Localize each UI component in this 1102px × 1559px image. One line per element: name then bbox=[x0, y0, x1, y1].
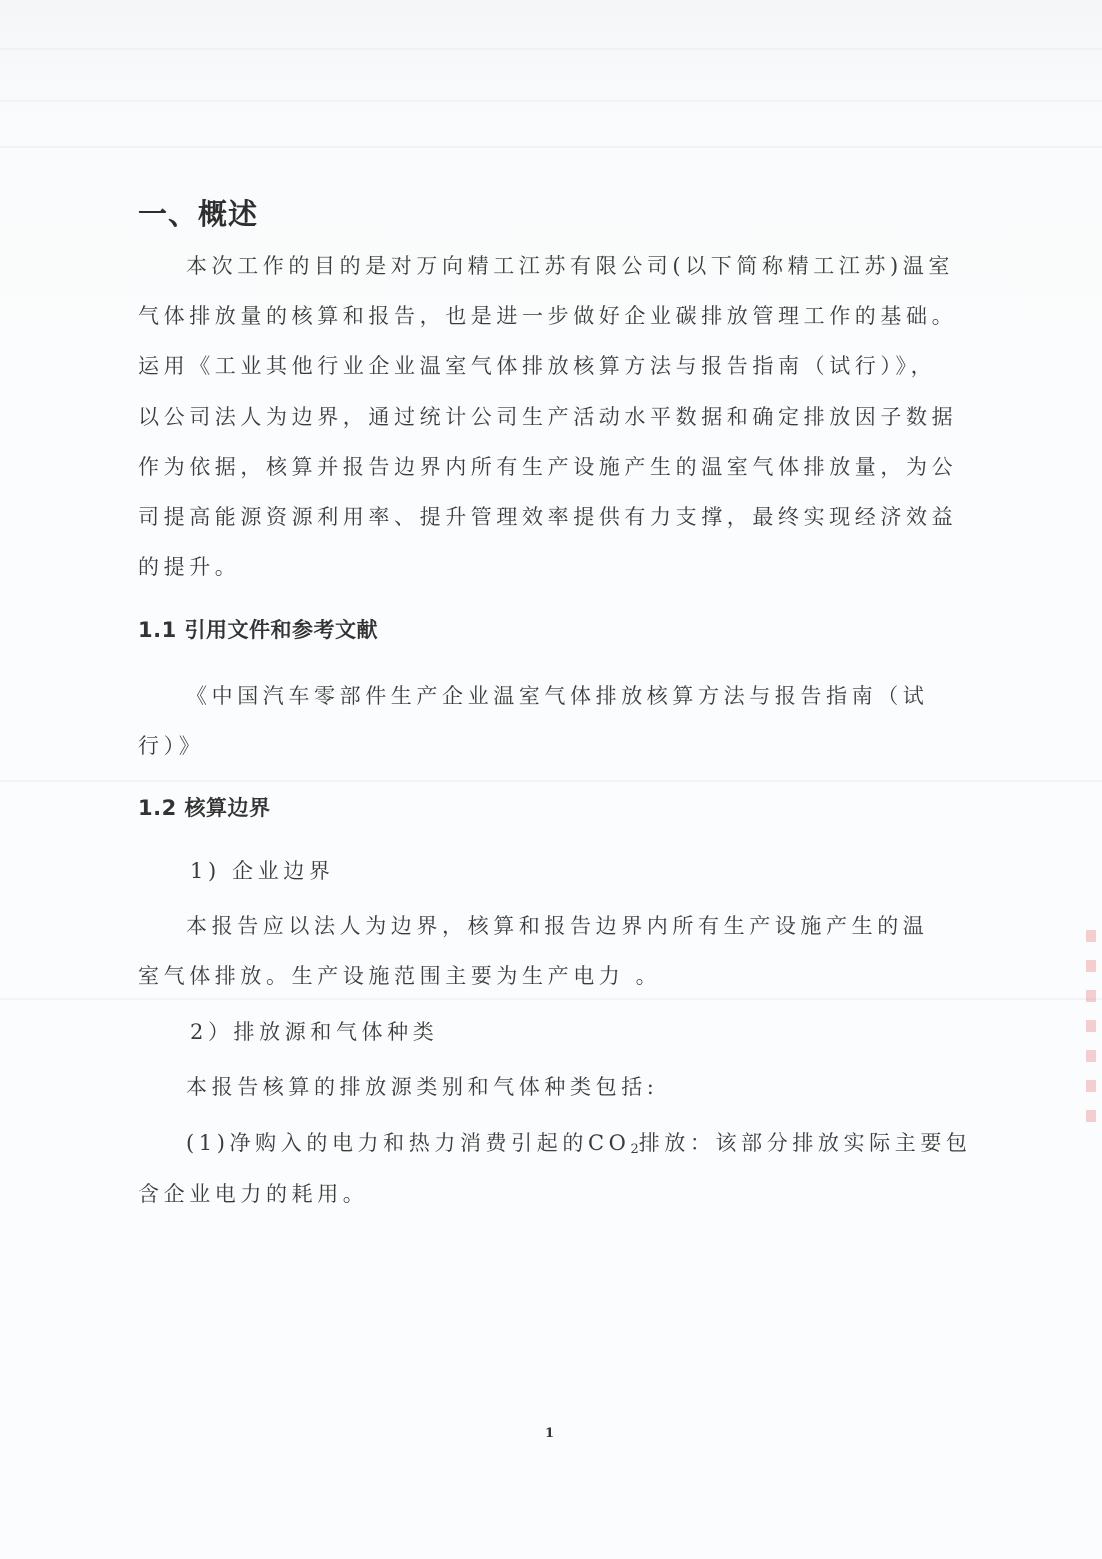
subsection-title-1-2: 1.2 核算边界 bbox=[138, 792, 271, 822]
body-line: 室气体排放。生产设施范围主要为生产电力 。 bbox=[138, 960, 661, 990]
scan-artifact bbox=[0, 146, 1102, 148]
point-1-prefix: (1)净购入的电力和热力消费引起的CO bbox=[186, 1131, 630, 1155]
reference-line: 行）》 bbox=[138, 730, 204, 760]
subsection-title-1-1: 1.1 引用文件和参考文献 bbox=[138, 614, 378, 644]
list-item-label: 1) 企业边界 bbox=[190, 855, 334, 885]
scanned-page: 一、概述 本次工作的目的是对万向精工江苏有限公司(以下简称精工江苏)温室 气体排… bbox=[0, 0, 1102, 1559]
intro-line: 以公司法人为边界，通过统计公司生产活动水平数据和确定排放因子数据 bbox=[138, 401, 957, 431]
reference-line: 《中国汽车零部件生产企业温室气体排放核算方法与报告指南（试 bbox=[186, 680, 928, 710]
intro-line: 气体排放量的核算和报告，也是进一步做好企业碳排放管理工作的基础。 bbox=[138, 300, 957, 330]
intro-line: 本次工作的目的是对万向精工江苏有限公司(以下简称精工江苏)温室 bbox=[186, 250, 954, 280]
intro-line: 作为依据，核算并报告边界内所有生产设施产生的温室气体排放量，为公 bbox=[138, 451, 957, 481]
intro-line: 司提高能源资源利用率、提升管理效率提供有力支撑，最终实现经济效益 bbox=[138, 501, 957, 531]
section-title: 一、概述 bbox=[138, 192, 258, 233]
list-item-label: 2）排放源和气体种类 bbox=[190, 1016, 438, 1046]
intro-line: 的提升。 bbox=[138, 551, 240, 581]
intro-line: 运用《工业其他行业企业温室气体排放核算方法与报告指南（试行）》， bbox=[138, 350, 936, 380]
body-line: 本报告核算的排放源类别和气体种类包括: bbox=[186, 1071, 658, 1101]
body-line: (1)净购入的电力和热力消费引起的CO2排放：该部分排放实际主要包 bbox=[186, 1127, 972, 1157]
point-1-suffix: 排放：该部分排放实际主要包 bbox=[639, 1131, 972, 1155]
page-number: 1 bbox=[545, 1426, 554, 1441]
co2-subscript: 2 bbox=[630, 1142, 638, 1157]
scan-artifact bbox=[0, 48, 1102, 50]
body-line: 本报告应以法人为边界，核算和报告边界内所有生产设施产生的温 bbox=[186, 910, 928, 940]
seal-stamp-edge bbox=[1086, 930, 1096, 1130]
scan-artifact bbox=[0, 100, 1102, 102]
scan-artifact bbox=[0, 998, 1102, 1000]
scan-artifact bbox=[0, 780, 1102, 782]
body-line: 含企业电力的耗用。 bbox=[138, 1178, 368, 1208]
